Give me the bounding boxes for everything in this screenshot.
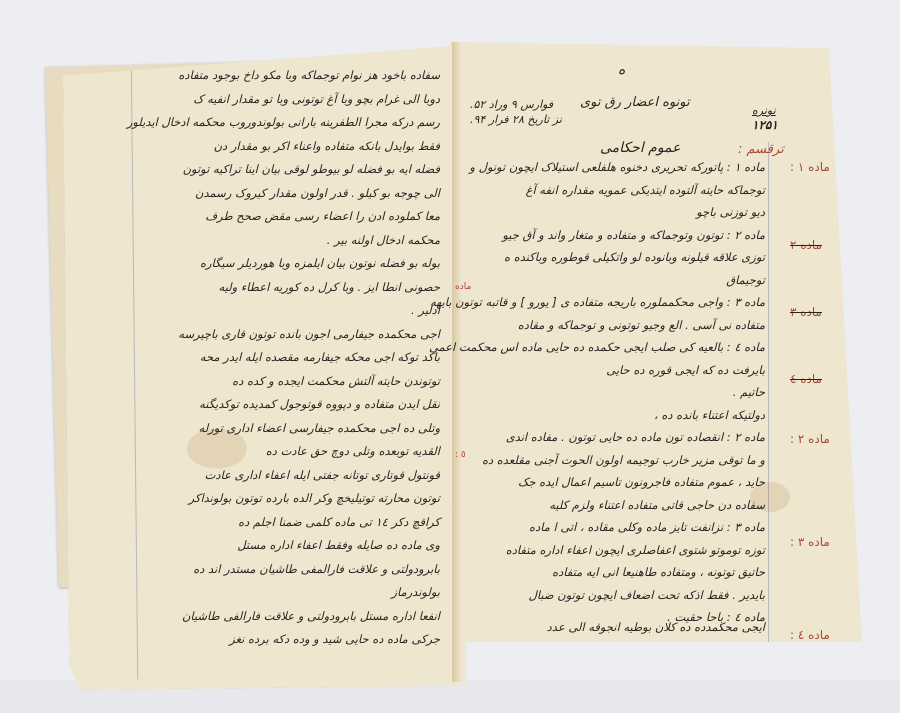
manuscript-line: ماده ٢ : توتون وتوجماکه و متفاده و متغار…: [502, 228, 765, 242]
top-note-1: فوارس ۹ وراد ۵۲.: [470, 98, 553, 111]
margin-note: ماده: [455, 282, 471, 292]
margin-article-number: ماده ٣: [790, 305, 822, 319]
manuscript-line: فضله ایه بو فضله لو بیوطو لوقی بیان اینا…: [183, 162, 440, 176]
manuscript-line: باکد توکه اجی محکه جیفارمه مقصده ایله ای…: [200, 350, 440, 364]
manuscript-line: رسم درکه مجرا الطفرینه بارانی بولوندوروب…: [127, 115, 440, 129]
manuscript-line: القدیه توبعده وتلی دوچ حق عادت ده: [266, 444, 440, 458]
section-label: ترقسم :: [738, 142, 784, 157]
margin-note: ٥ :: [455, 450, 466, 460]
manuscript-line: بوله بو فضله نوتون بیان ایلمزه وبا هوردی…: [200, 256, 440, 270]
left-margin-rule: [131, 69, 138, 679]
manuscript-line: متفاده نی آسی . الع وجیو توتونی و توجماک…: [518, 318, 765, 332]
manuscript-line: انفعا اداره مستل بابرودولتی و علاقت فارا…: [182, 609, 440, 623]
manuscript-line: وتلی ده اجی محکمده جیفارسی اعضاء اداری ت…: [199, 421, 440, 435]
manuscript-line: قونتول قوتاری توتانه جفتی ایله اعفاء ادا…: [205, 468, 440, 482]
manuscript-line: ماده ٢ : انقصاده تون ماده ده حایی توتون …: [506, 430, 765, 444]
right-margin-rule: [768, 142, 769, 642]
manuscript-line: اجی محکمده جیفارمی اجون بانده توتون قاری…: [178, 327, 440, 341]
manuscript-line: کراقچ دکر ١٤ تی ماده کلمی ضمنا اجلم ده: [238, 515, 440, 529]
manuscript-line: بولوندرماز: [391, 585, 440, 599]
manuscript-line: توجماکه حایته آلتوده ایتدیکی عمویه مقدار…: [526, 183, 765, 197]
manuscript-line: بایرفت ده که ایجی قوره ده حایی: [606, 363, 765, 377]
manuscript-line: سفاده دن حاجی قاتی متفاده اعتناء ولزم کل…: [549, 498, 765, 512]
margin-article-number: ماده ١ :: [790, 160, 830, 174]
manuscript-line: دیو توزنی باچو: [696, 205, 765, 219]
number-label: نونره: [752, 104, 776, 117]
manuscript-line: توتون محارته توتیلیخچ وکر الده بارده توت…: [189, 491, 440, 505]
right-title: تونوه اعضار رق توی: [580, 95, 690, 110]
top-note-2: نز تاریخ ۲۸ فرار ۹۴.: [470, 113, 562, 126]
margin-article-number: ماده ٣ :: [790, 535, 830, 549]
manuscript-line: توتوندن حایته آلتش محکمت ایجده و کده ده: [232, 374, 440, 388]
manuscript-line: الی چوجه بو کیلو . قدر اولون مقدار کیروک…: [195, 186, 440, 200]
manuscript-line: بایدیر . فقط اذکه تحت اضعاف ایچون توتون …: [529, 588, 765, 602]
manuscript-line: سفاده باخود هز نوام توجماکه وبا مکو داخ …: [178, 68, 440, 82]
manuscript-line: محکمه ادخال اولنه بیر .: [327, 233, 440, 247]
manuscript-line: ماده ٤ : بالعیه کی صلب ایجی حکمده ده حای…: [429, 340, 765, 354]
manuscript-line: توزی علاقه قیلونه وبانوده لو واتکیلی قوط…: [504, 250, 765, 264]
manuscript-line: وی ماده ده صایله وفقط اعفاء اداره مستل: [237, 538, 440, 552]
manuscript-line: دولتیکه اعتناء بانده ده ،: [654, 408, 765, 422]
manuscript-line: و ما توقی مزیر خارب توجیمه اولون الحوت آ…: [482, 453, 765, 467]
margin-article-number: ماده ٤: [790, 372, 822, 386]
manuscript-line: حاتیق توتونه ، ومتفاده طاهنیعا انی ایه م…: [552, 565, 765, 579]
manuscript-line: ماده ٣ : نزانفت تایز ماده وکلی مقاده ، ا…: [529, 520, 765, 534]
section-title: عموم احکامی: [600, 140, 681, 156]
manuscript-line: توزه توموتو شتوی اعفاصلری ایچون اعفاء اد…: [506, 543, 765, 557]
manuscript-line: حصونی انطا ایز . وبا کرل ده کوریه اعطاء …: [219, 280, 440, 294]
page-mark: ه: [618, 62, 625, 78]
manuscript-line: معا کملوده ادن را اعضاء رسی مقض صحح طرف: [205, 209, 440, 223]
margin-article-number: ماده ٤ :: [790, 628, 830, 642]
manuscript-line: فقط بوایدل بانکه متفاده واعناء اکر بو مق…: [214, 139, 440, 153]
manuscript-line: حاید ، عموم متفاده فاجرونون تاسیم اعمال …: [518, 475, 765, 489]
manuscript-line: ادلیر .: [411, 303, 440, 317]
manuscript-line: توجیماق: [726, 273, 765, 287]
book-spine: [452, 42, 466, 682]
manuscript-line: ایجی محکمدده ده کلان بوطیه انجوقه الی عد…: [547, 620, 765, 634]
manuscript-line: نقل ایدن متفاده و دپووه قوتوجول کمدیده ت…: [199, 397, 440, 411]
number-value: ۱۲۵۱: [752, 118, 778, 132]
manuscript-line: ماده ٣ : واجی محکمملوره باریجه متفاده ی …: [430, 295, 765, 309]
margin-article-number: ماده ٢ :: [790, 432, 830, 446]
manuscript-line: دوبا الی غرام بچو وبا آغ توتونی وبا تو م…: [193, 92, 440, 106]
manuscript-line: جرکی ماده ده حایی شید و وده دکه برده نغز: [229, 632, 440, 646]
manuscript-line: حاتیم .: [733, 385, 765, 399]
margin-article-number: ماده ٢: [790, 238, 822, 252]
manuscript-line: ماده ١ : پاتورکه تحریری دخنوه هلفلعی است…: [469, 160, 765, 174]
manuscript-line: بابرودولتی و علاقت فارالمفی طاشیان مستدر…: [193, 562, 440, 576]
